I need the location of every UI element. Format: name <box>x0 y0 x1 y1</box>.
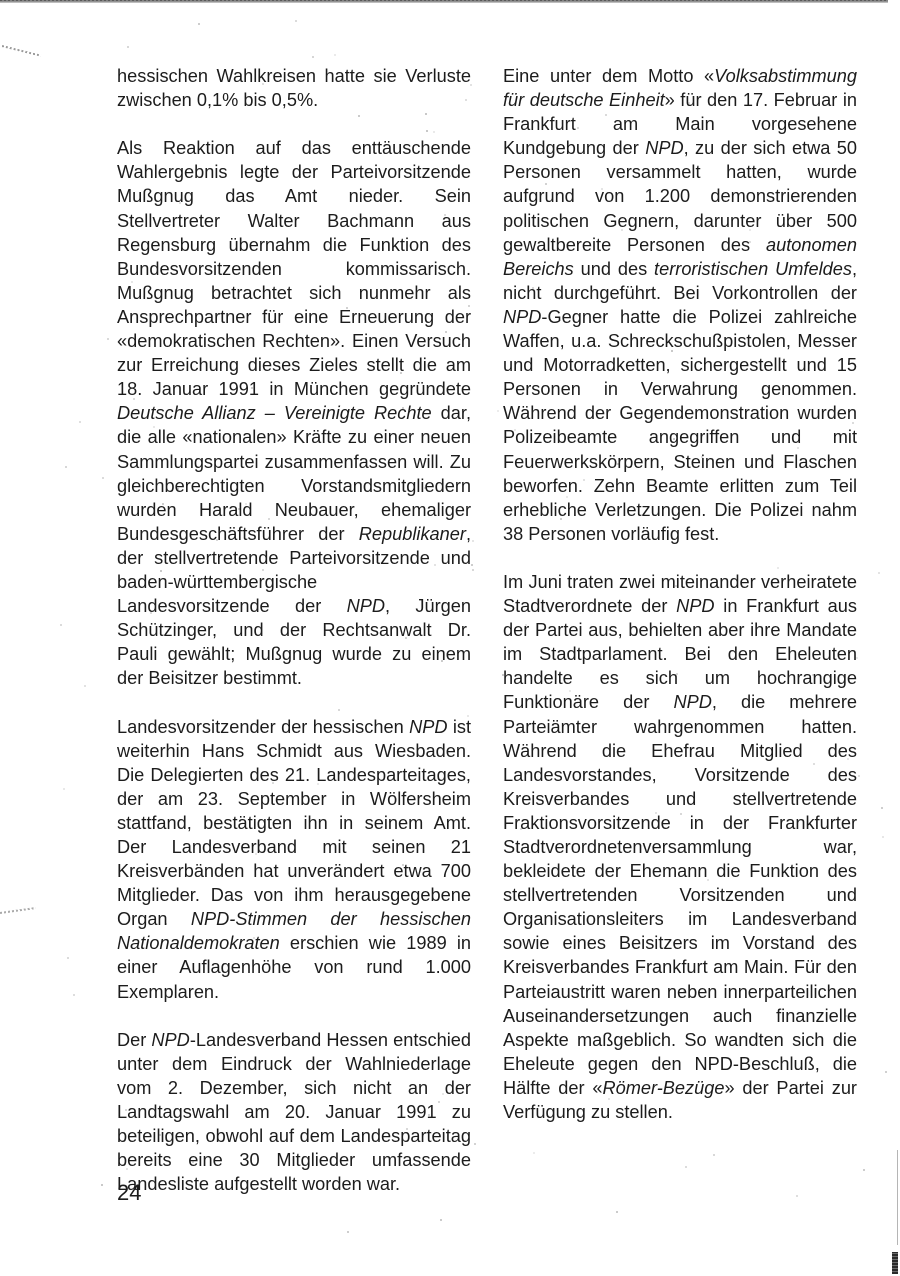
scan-speck <box>101 1184 103 1186</box>
scan-speck <box>497 410 499 412</box>
scan-right-edge-block <box>892 1252 898 1274</box>
scan-speck <box>73 994 75 996</box>
scan-speck <box>796 1195 798 1197</box>
scan-right-edge-line <box>897 1150 898 1245</box>
scan-speck <box>685 1166 687 1168</box>
scan-speck <box>858 775 860 777</box>
scan-speck <box>885 1071 887 1073</box>
scan-speck <box>474 1143 476 1145</box>
scan-speck <box>334 54 336 56</box>
page-number: 24 <box>117 1180 141 1206</box>
scan-top-edge <box>0 0 888 3</box>
scan-speck <box>79 421 81 423</box>
scan-speck <box>198 23 200 25</box>
scan-speck <box>472 569 474 571</box>
scan-speck <box>127 46 129 48</box>
scan-speck <box>882 836 884 838</box>
scan-speck <box>102 477 104 479</box>
paragraph: hessischen Wahlkreisen hatte sie Verlust… <box>117 64 471 112</box>
scan-speck <box>295 20 297 22</box>
scan-speck <box>65 466 67 468</box>
scan-speck <box>533 1152 535 1154</box>
scan-speck <box>881 807 883 809</box>
left-column: hessischen Wahlkreisen hatte sie Verlust… <box>117 64 471 1221</box>
scan-speck <box>347 1231 349 1233</box>
scan-mark-top-left <box>2 45 41 57</box>
scan-speck <box>472 540 474 542</box>
scan-speck <box>84 685 86 687</box>
right-column: Eine unter dem Motto «Volksabstimmung fü… <box>503 64 857 1148</box>
paragraph: Eine unter dem Motto «Volksabstimmung fü… <box>503 64 857 546</box>
scan-speck <box>616 1211 618 1213</box>
paragraph: Der NPD-Landesverband Hessen entschied u… <box>117 1028 471 1197</box>
scan-mark-mid-left <box>0 907 36 914</box>
scan-speck <box>863 1169 865 1171</box>
scan-speck <box>107 338 109 340</box>
scan-speck <box>67 957 69 959</box>
paragraph: Im Juni traten zwei miteinander verheira… <box>503 570 857 1124</box>
scan-speck <box>63 788 65 790</box>
scan-speck <box>60 624 62 626</box>
scan-speck <box>713 1154 715 1156</box>
scan-speck <box>471 564 473 566</box>
paragraph: Als Reaktion auf das enttäuschende Wahle… <box>117 136 471 690</box>
scan-speck <box>312 56 314 58</box>
scan-speck <box>878 572 880 574</box>
paragraph: Landesvorsitzender der hessischen NPD is… <box>117 715 471 1004</box>
